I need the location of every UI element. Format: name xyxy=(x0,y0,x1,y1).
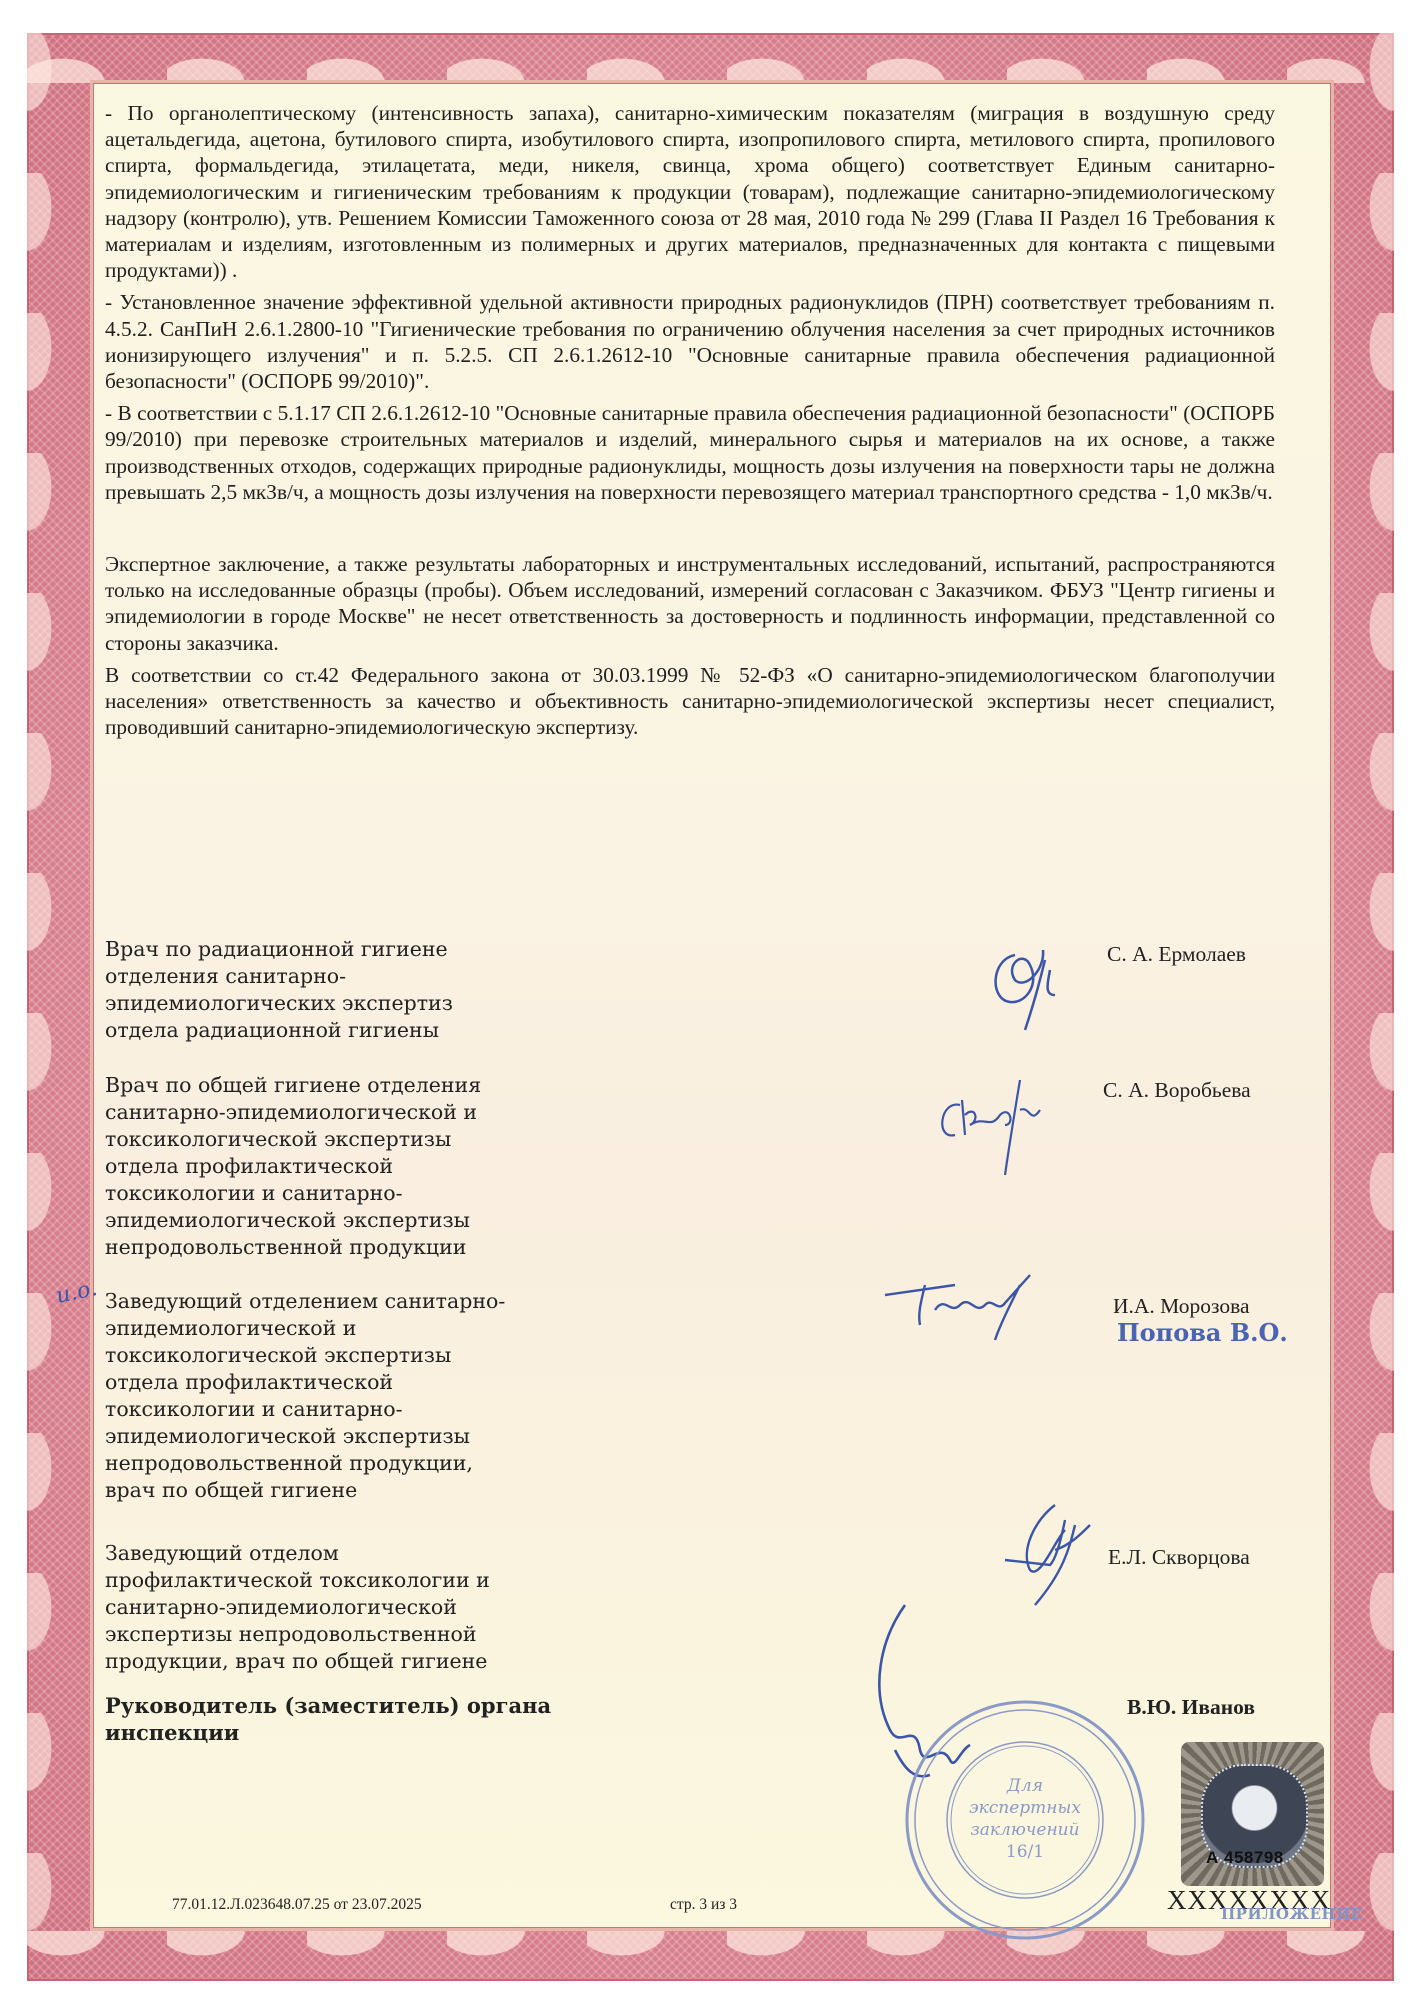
signatory-1-name: С. А. Ермолаев xyxy=(1107,942,1246,967)
position-line: экспертизы непродовольственной xyxy=(105,1621,490,1648)
position-line: эпидемиологической экспертизы xyxy=(105,1207,481,1234)
signature-skvortsova-icon xyxy=(995,1500,1105,1610)
signatory-4-name: Е.Л. Скворцова xyxy=(1108,1545,1250,1570)
position-line: эпидемиологической экспертизы xyxy=(105,1423,505,1450)
position-line: санитарно-эпидемиологической и xyxy=(105,1099,481,1126)
signature-vorobyova-icon xyxy=(930,1070,1080,1180)
signatory-3-position: Заведующий отделением санитарно- эпидеми… xyxy=(105,1288,505,1504)
seal-line: заключений xyxy=(950,1819,1100,1841)
border-pattern-bottom xyxy=(27,1931,1394,1981)
position-line: отдела профилактической xyxy=(105,1369,505,1396)
paragraph-scope: Экспертное заключение, а также результат… xyxy=(105,551,1275,656)
signatory-2-name: С. А. Воробьева xyxy=(1103,1078,1251,1103)
seal-line: экспертных xyxy=(950,1797,1100,1819)
position-line: токсикологической экспертизы xyxy=(105,1342,505,1369)
position-line: инспекции xyxy=(105,1719,551,1746)
position-line: Врач по радиационной гигиене xyxy=(105,936,453,963)
position-line: продукции, врач по общей гигиене xyxy=(105,1648,490,1675)
position-line: эпидемиологических экспертиз xyxy=(105,990,453,1017)
position-line: профилактической токсикологии и xyxy=(105,1567,490,1594)
document-body: - По органолептическому (интенсивность з… xyxy=(105,100,1275,740)
border-pattern-top xyxy=(27,33,1394,83)
position-line: Заведующий отделом xyxy=(105,1540,490,1567)
acting-name-stamp: Попова В.О. xyxy=(1117,1318,1288,1347)
position-line: санитарно-эпидемиологической xyxy=(105,1594,490,1621)
signatory-2-position: Врач по общей гигиене отделения санитарн… xyxy=(105,1072,481,1261)
signatory-3-name: И.А. Морозова xyxy=(1113,1294,1250,1319)
position-line: отделения санитарно- xyxy=(105,963,453,990)
paragraph-organoleptic: - По органолептическому (интенсивность з… xyxy=(105,100,1275,283)
document-code: 77.01.12.Л.023648.07.25 от 23.07.2025 xyxy=(172,1896,422,1914)
position-line: Заведующий отделением санитарно- xyxy=(105,1288,505,1315)
position-line: токсикологии и санитарно- xyxy=(105,1396,505,1423)
signatory-5-position: Руководитель (заместитель) органа инспек… xyxy=(105,1692,551,1746)
signature-ermolaev-icon xyxy=(985,930,1095,1040)
position-line: непродовольственной продукции, xyxy=(105,1450,505,1477)
paragraph-radionuclides: - Установленное значение эффективной уде… xyxy=(105,289,1275,394)
border-pattern-right xyxy=(1344,33,1394,1981)
position-line: отдела радиационной гигиены xyxy=(105,1017,453,1044)
position-line: непродовольственной продукции xyxy=(105,1234,481,1261)
position-line: эпидемиологической и xyxy=(105,1315,505,1342)
position-line: врач по общей гигиене xyxy=(105,1477,505,1504)
seal-line: Для xyxy=(950,1775,1100,1797)
position-line: отдела профилактической xyxy=(105,1153,481,1180)
border-pattern-left xyxy=(27,33,77,1981)
paragraph-transport: - В соответствии с 5.1.17 СП 2.6.1.2612-… xyxy=(105,400,1275,505)
signatory-4-position: Заведующий отделом профилактической токс… xyxy=(105,1540,490,1675)
position-line: токсикологии и санитарно- xyxy=(105,1180,481,1207)
seal-center-text: Для экспертных заключений 16/1 xyxy=(950,1775,1100,1863)
position-line: Руководитель (заместитель) органа xyxy=(105,1692,551,1719)
seal-line: 16/1 xyxy=(950,1841,1100,1863)
hologram-sticker: А 458798 xyxy=(1181,1742,1324,1886)
signature-morozova-icon xyxy=(880,1255,1070,1345)
position-line: Врач по общей гигиене отделения xyxy=(105,1072,481,1099)
position-line: токсикологической экспертизы xyxy=(105,1126,481,1153)
paragraph-law: В соответствии со ст.42 Федерального зак… xyxy=(105,662,1275,741)
signatory-1-position: Врач по радиационной гигиене отделения с… xyxy=(105,936,453,1044)
official-seal: Для экспертных заключений 16/1 xyxy=(900,1695,1150,1945)
page-number: стр. 3 из 3 xyxy=(670,1896,737,1914)
appendix-stamp: ПРИЛОЖЕНИЕ xyxy=(1221,1905,1363,1923)
hologram-number: А 458798 xyxy=(1206,1848,1284,1868)
